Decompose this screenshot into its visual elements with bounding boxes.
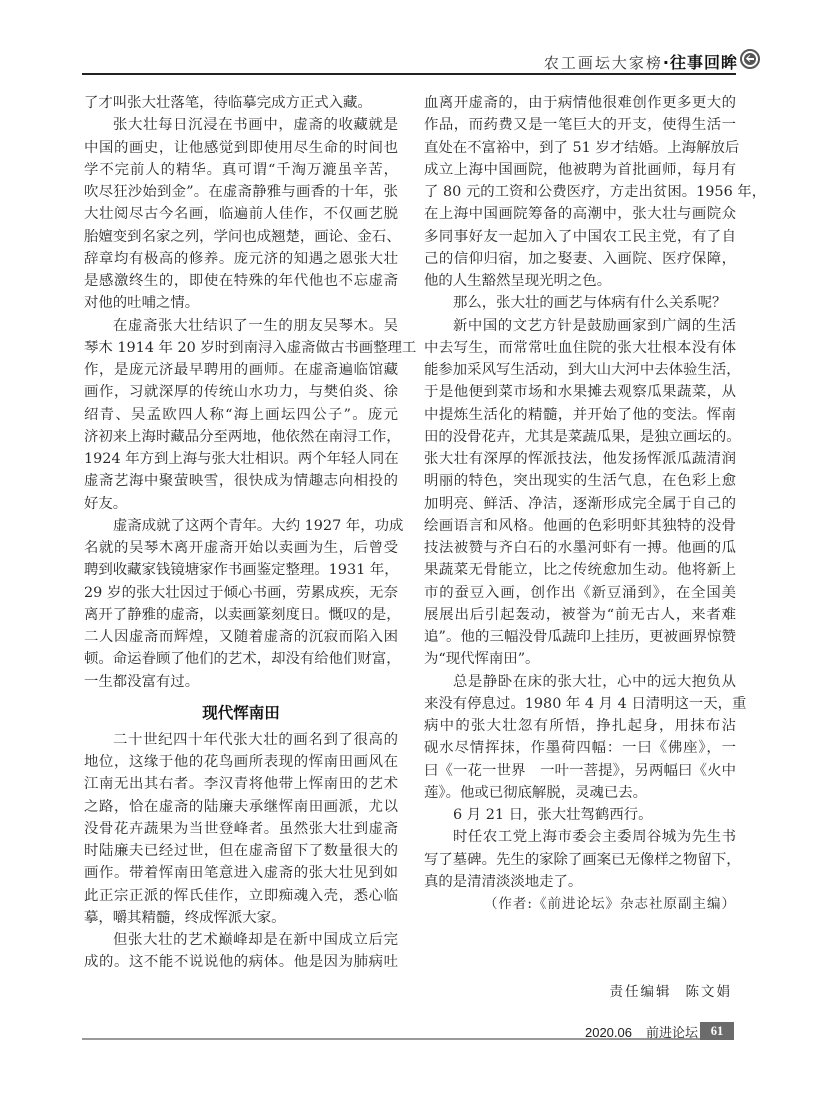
text-line: 直处在不富裕中，到了 51 岁才结婚。上海解放后	[424, 137, 736, 159]
text-line: 中提炼生活化的精髓，并开始了他的变法。恽南	[424, 404, 736, 426]
text-line: 那么，张大壮的画艺与体病有什么关系呢？	[424, 292, 736, 314]
text-line: 曰《一花一世界 一叶一菩提》，另两幅曰《火中	[424, 760, 736, 782]
text-line: 画作，习就深厚的传统山水功力，与樊伯炎、徐	[84, 381, 398, 403]
text-line: 时任农工党上海市委会主委周谷城为先生书	[424, 826, 736, 848]
text-line: 市的蚕豆入画，创作出《新豆涌到》，在全国美	[424, 582, 736, 604]
text-line: 琴木 1914 年 20 岁时到南浔入虚斋做古书画整理工	[84, 337, 398, 359]
text-line: 对他的吐哺之情。	[84, 292, 398, 314]
text-line: 他的人生豁然呈现光明之色。	[424, 270, 736, 292]
text-line: 砚水尽情挥抹，作墨荷四幅：一曰《佛座》，一	[424, 737, 736, 759]
column-title: 农工画坛大家榜	[544, 54, 663, 72]
text-line: 中去写生，而常常吐血住院的张大壮根本没有体	[424, 337, 736, 359]
article-column-right: 血离开虚斋的，由于病情他很难创作更多更大的作品，而药费又是一笔巨大的开支，使得生…	[424, 92, 736, 915]
text-line: 绍青、吴孟欧四人称“海上画坛四公子”。庞元	[84, 404, 398, 426]
text-line: 虚斋艺海中聚萤映雪，很快成为情趣志向相投的	[84, 470, 398, 492]
text-line: 果蔬菜无骨能立，比之传统愈加生动。他将新上	[424, 559, 736, 581]
page-number: 61	[700, 1022, 734, 1040]
text-line: 在上海中国画院筹备的高潮中，张大壮与画院众	[424, 203, 736, 225]
text-line: 之路，恰在虚斋的陆廉夫承继恽南田画派，尤以	[84, 796, 398, 818]
footer-divider	[82, 1038, 700, 1040]
text-line: 顿。命运眷顾了他们的艺术，却没有给他们财富，	[84, 648, 398, 670]
text-line: 了 80 元的工资和公费医疗，方走出贫困。1956 年，	[424, 181, 736, 203]
text-line: 技法被赞与齐白石的水墨河虾有一搏。他画的瓜	[424, 537, 736, 559]
text-line: 在虚斋张大壮结识了一生的朋友吴琴木。吴	[84, 315, 398, 337]
text-line: 江南无出其右者。李汉青将他带上恽南田的艺术	[84, 773, 398, 795]
text-line: 加明亮、鲜活、净洁，逐渐形成完全属于自己的	[424, 493, 736, 515]
author-note: （作者:《前进论坛》杂志社原副主编）	[424, 893, 736, 915]
text-line: 中国的画史，让他感觉到即使用尽生命的时间也	[84, 137, 398, 159]
text-line: 己的信仰归宿，加之娶妻、入画院、医疗保障，	[424, 248, 736, 270]
text-line: 学不完前人的精华。真可谓“千淘万漉虽辛苦，	[84, 159, 398, 181]
running-header: 农工画坛大家榜·往事回眸	[544, 50, 738, 73]
text-line: 没骨花卉蔬果为当世登峰者。虽然张大壮到虚斋	[84, 818, 398, 840]
editor-name: 陈文娟	[686, 984, 733, 1000]
text-line: 病中的张大壮忽有所悟，挣扎起身，用抹布沾	[424, 715, 736, 737]
text-line: 能参加采风写生活动，到大山大河中去体验生活，	[424, 359, 736, 381]
header-separator: ·	[663, 53, 670, 72]
text-line: 吹尽狂沙始到金”。在虚斋静雅与画香的十年，张	[84, 181, 398, 203]
circle-arrow-left-icon	[740, 49, 760, 69]
text-line: 作，是庞元济最早聘用的画师。在虚斋遍临馆藏	[84, 359, 398, 381]
text-line: 来没有停息过。1980 年 4 月 4 日清明这一天，重	[424, 693, 736, 715]
text-line: 胎嬗变到名家之列，学问也成翘楚，画论、金石、	[84, 226, 398, 248]
text-line: 虚斋成就了这两个青年。大约 1927 年，功成	[84, 515, 398, 537]
text-line: 好友。	[84, 493, 398, 515]
text-line: 摹，嚼其精髓，终成恽派大家。	[84, 907, 398, 929]
text-line: 明丽的特色，突出现实的生活气息，在色彩上愈	[424, 470, 736, 492]
text-line: 真的是清清淡淡地走了。	[424, 871, 736, 893]
text-line: 辞章均有极高的修养。庞元济的知遇之恩张大壮	[84, 248, 398, 270]
text-line: 地位，这缘于他的花鸟画所表现的恽南田画风在	[84, 751, 398, 773]
text-line: 画作。带着恽南田笔意进入虚斋的张大壮见到如	[84, 862, 398, 884]
text-line: 济初来上海时藏品分至两地，他依然在南浔工作，	[84, 426, 398, 448]
text-line: 时陆廉夫已经过世，但在虚斋留下了数量很大的	[84, 840, 398, 862]
text-line: 成立上海中国画院，他被聘为首批画师，每月有	[424, 159, 736, 181]
text-line: 作品，而药费又是一笔巨大的开支，使得生活一	[424, 114, 736, 136]
text-line: 但张大壮的艺术巅峰却是在新中国成立后完	[84, 929, 398, 951]
text-line: 张大壮每日沉浸在书画中，虚斋的收藏就是	[84, 114, 398, 136]
section-heading: 现代恽南田	[84, 697, 398, 729]
editor-label: 责任编辑	[610, 984, 672, 1000]
header-divider	[82, 73, 736, 75]
text-line: 新中国的文艺方针是鼓励画家到广阔的生活	[424, 315, 736, 337]
text-line: 展展出后引起轰动，被誉为“前无古人，来者难	[424, 604, 736, 626]
text-line: 追”。他的三幅没骨瓜蔬印上挂历，更被画界惊赞	[424, 626, 736, 648]
text-line: 1924 年方到上海与张大壮相识。两个年轻人同在	[84, 448, 398, 470]
text-line: 聘到收藏家钱镜塘家作书画鉴定整理。1931 年，	[84, 559, 398, 581]
text-line: 莲》。他或已彻底解脱，灵魂已去。	[424, 782, 736, 804]
text-line: 一生都没富有过。	[84, 671, 398, 693]
text-line: 于是他便到菜市场和水果摊去观察瓜果蔬菜，从	[424, 381, 736, 403]
text-line: 29 岁的张大壮因过于倾心书画，劳累成疾，无奈	[84, 582, 398, 604]
text-line: 大壮阅尽古今名画，临遍前人佳作，不仅画艺脱	[84, 203, 398, 225]
text-line: 了才叫张大壮落笔，待临摹完成方正式入藏。	[84, 92, 398, 114]
text-line: 田的没骨花卉，尤其是菜蔬瓜果，是独立画坛的。	[424, 426, 736, 448]
text-line: 写了墓碑。先生的家除了画案已无像样之物留下，	[424, 849, 736, 871]
text-line: 多同事好友一起加入了中国农工民主党，有了自	[424, 226, 736, 248]
text-line: 成的。这不能不说说他的病体。他是因为肺病吐	[84, 951, 398, 973]
text-line: 二十世纪四十年代张大壮的画名到了很高的	[84, 729, 398, 751]
text-line: 是感激终生的，即使在特殊的年代他也不忘虚斋	[84, 270, 398, 292]
article-column-left: 了才叫张大壮落笔，待临摹完成方正式入藏。张大壮每日沉浸在书画中，虚斋的收藏就是中…	[84, 92, 398, 974]
text-line: 为“现代恽南田”。	[424, 648, 736, 670]
text-line: 血离开虚斋的，由于病情他很难创作更多更大的	[424, 92, 736, 114]
editor-credit: 责任编辑陈文娟	[610, 980, 733, 1000]
text-line: 绘画语言和风格。他画的色彩明虾其独特的没骨	[424, 515, 736, 537]
section-title: 往事回眸	[670, 53, 738, 72]
text-line: 6 月 21 日，张大壮驾鹤西行。	[424, 804, 736, 826]
text-line: 名就的吴琴木离开虚斋开始以卖画为生，后曾受	[84, 537, 398, 559]
text-line: 此正宗正派的恽氏佳作，立即痴魂入壳，悉心临	[84, 885, 398, 907]
text-line: 张大壮有深厚的恽派技法，他发扬恽派瓜蔬清润	[424, 448, 736, 470]
text-line: 二人因虚斋而辉煌，又随着虚斋的沉寂而陷入困	[84, 626, 398, 648]
text-line: 离开了静雅的虚斋，以卖画篆刻度日。慨叹的是，	[84, 604, 398, 626]
text-line: 总是静卧在床的张大壮，心中的远大抱负从	[424, 671, 736, 693]
